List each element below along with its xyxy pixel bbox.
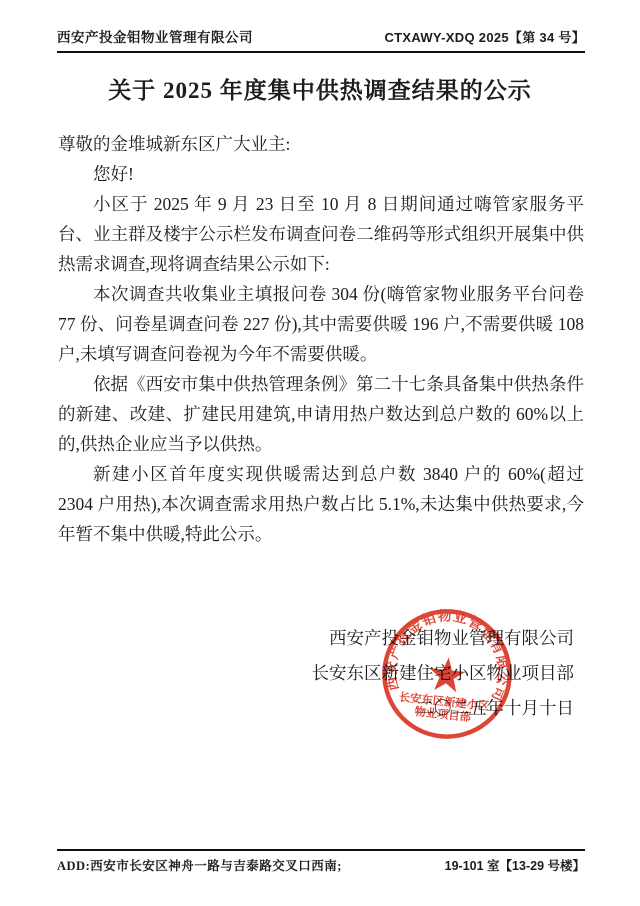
document-page: 西安产投金钼物业管理有限公司 CTXAWY-XDQ 2025【第 34 号】 关… <box>0 0 640 906</box>
signature-company: 西安产投金钼物业管理有限公司 <box>312 621 575 656</box>
signature-block: 西安产投金钼物业管理有限公司 长安东区新建住宅小区物业项目部 二〇二五年十月十日 <box>312 621 575 726</box>
header-doc-number: CTXAWY-XDQ 2025【第 34 号】 <box>384 27 585 46</box>
notice-body: 尊敬的金堆城新东区广大业主: 您好! 小区于 2025 年 9 月 23 日至 … <box>58 129 584 549</box>
signature-date: 二〇二五年十月十日 <box>312 691 575 726</box>
greeting-line: 您好! <box>58 159 584 189</box>
header-company-name: 西安产投金钼物业管理有限公司 <box>57 26 253 46</box>
signature-department: 长安东区新建住宅小区物业项目部 <box>312 656 575 691</box>
footer-room-number: 19-101 室【13-29 号楼】 <box>445 856 585 874</box>
page-title: 关于 2025 年度集中供热调查结果的公示 <box>0 72 640 105</box>
paragraph-regulation: 依据《西安市集中供热管理条例》第二十七条具备集中供热条件的新建、改建、扩建民用建… <box>58 369 584 459</box>
paragraph-survey-period: 小区于 2025 年 9 月 23 日至 10 月 8 日期间通过嗨管家服务平台… <box>58 189 584 279</box>
salutation-line: 尊敬的金堆城新东区广大业主: <box>58 129 584 159</box>
document-header: 西安产投金钼物业管理有限公司 CTXAWY-XDQ 2025【第 34 号】 <box>57 26 585 53</box>
document-footer: ADD:西安市长安区神舟一路与吉泰路交叉口西南; 19-101 室【13-29 … <box>57 849 585 874</box>
paragraph-conclusion: 新建小区首年度实现供暖需达到总户数 3840 户的 60%(超过 2304 户用… <box>58 459 584 549</box>
paragraph-survey-results: 本次调查共收集业主填报问卷 304 份(嗨管家物业服务平台问卷 77 份、问卷星… <box>58 279 584 369</box>
footer-address: ADD:西安市长安区神舟一路与吉泰路交叉口西南; <box>57 856 342 874</box>
